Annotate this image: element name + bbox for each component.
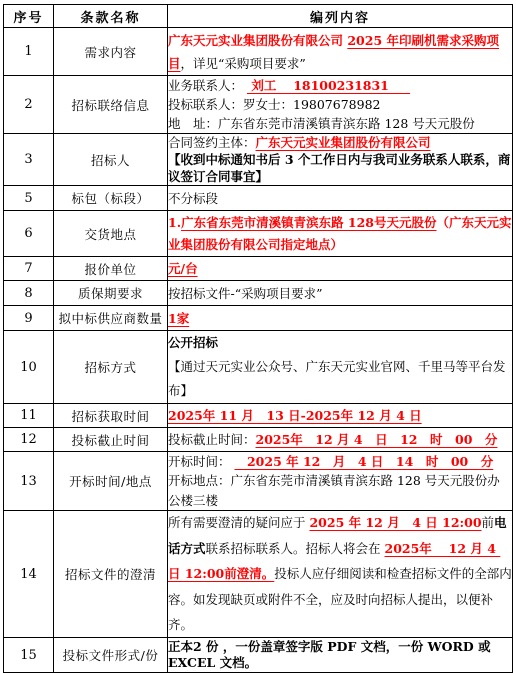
row-serial-number: 3	[4, 134, 54, 186]
clause-content: 公开招标【通过天元实业公众号、广东天元实业官网、千里马等平台发布】	[168, 331, 513, 404]
clause-content: 元/台	[168, 257, 513, 281]
paragraph: 开标地点：广东省东莞市清溪镇青滨东路 128 号天元股份办公楼三楼	[168, 471, 512, 509]
table-row: 6交货地点1.广东省东莞市清溪镇青滨东路 128号天元股份（广东天元实业集团股份…	[4, 211, 513, 257]
paragraph: 正本2 份 ，一份盖章签字版 PDF 文档，一份 WORD 或 EXCEL 文档…	[168, 639, 512, 671]
paragraph: 1家	[168, 309, 512, 328]
header-row: 序号 条款名称 编列内容	[4, 5, 513, 28]
text-segment: 不分标段	[168, 191, 218, 206]
clause-content: 业务联系人： 刘工 18100231831 投标联系人：罗女士：19807678…	[168, 76, 513, 134]
clause-content: 2025年 11 月 13 日-2025年 12 月 4 日	[168, 404, 513, 428]
paragraph: 【通过天元实业公众号、广东天元实业官网、千里马等平台发布】	[168, 355, 512, 402]
table-row: 10招标方式公开招标【通过天元实业公众号、广东天元实业官网、千里马等平台发布】	[4, 331, 513, 404]
row-serial-number: 10	[4, 331, 54, 404]
table-row: 15投标文件形式/份正本2 份 ，一份盖章签字版 PDF 文档，一份 WORD …	[4, 638, 513, 673]
header-serial-number: 序号	[4, 5, 54, 28]
table-row: 8质保期要求按招标文件-“采购项目要求”	[4, 281, 513, 306]
clause-content: 正本2 份 ，一份盖章签字版 PDF 文档，一份 WORD 或 EXCEL 文档…	[168, 638, 513, 673]
clause-name: 报价单位	[54, 257, 168, 281]
paragraph: 1.广东省东莞市清溪镇青滨东路 128号天元股份（广东天元实业集团股份有限公司指…	[168, 212, 512, 255]
row-serial-number: 6	[4, 211, 54, 257]
paragraph: 公开招标	[168, 332, 512, 355]
paragraph: 按招标文件-“采购项目要求”	[168, 284, 512, 303]
paragraph: 地 址：广东省东莞市清溪镇青滨东路 128 号天元股份	[168, 114, 512, 132]
row-serial-number: 9	[4, 306, 54, 331]
text-segment: 2025年 11 月 13 日-2025年 12 月 4 日	[168, 408, 422, 423]
text-segment: 业务联系人：	[168, 78, 247, 93]
paragraph: 合同签约主体：广东天元实业集团股份有限公司	[168, 135, 512, 151]
text-segment: ，详见“采购项目要求”	[181, 56, 306, 71]
clause-name: 拟中标供应商数量	[54, 306, 168, 331]
clause-content-text: 按招标文件-“采购项目要求”	[168, 284, 512, 303]
row-serial-number: 1	[4, 28, 54, 76]
clause-name: 招标联络信息	[54, 76, 168, 134]
text-segment: 广东省东莞市清溪镇青滨东路 128号天元股份	[181, 215, 436, 230]
clause-name: 招标文件的澄清	[54, 511, 168, 638]
text-segment: 地 址：广东省东莞市清溪镇青滨东路 128 号天元股份	[168, 116, 475, 131]
clause-content: 不分标段	[168, 186, 513, 211]
clause-name: 质保期要求	[54, 281, 168, 306]
text-segment: 合同签约主体：	[168, 135, 256, 150]
text-segment: 前	[482, 515, 495, 530]
table-row: 13开标时间/地点开标时间： 2025 年 12 月 4 日 14 时 00 分…	[4, 452, 513, 511]
table-row: 1需求内容广东天元实业集团股份有限公司 2025 年印刷机需求采购项目，详见“采…	[4, 28, 513, 76]
text-segment: 按招标文件-“采购项目要求”	[168, 286, 323, 301]
paragraph: 业务联系人： 刘工 18100231831	[168, 77, 512, 95]
text-segment: 开标地点：广东省东莞市清溪镇青滨东路 128 号天元股份办公楼三楼	[168, 473, 500, 508]
clause-name: 标包（标段）	[54, 186, 168, 211]
clause-content-text: 1家	[168, 309, 512, 328]
table-row: 3招标人合同签约主体：广东天元实业集团股份有限公司【收到中标通知书后 3 个工作…	[4, 134, 513, 186]
clause-content-text: 合同签约主体：广东天元实业集团股份有限公司【收到中标通知书后 3 个工作日内与我…	[168, 135, 512, 184]
clause-content: 按招标文件-“采购项目要求”	[168, 281, 513, 306]
text-segment: 投标截止时间：	[168, 432, 256, 447]
table-row: 2招标联络信息业务联系人： 刘工 18100231831 投标联系人：罗女士：1…	[4, 76, 513, 134]
clause-content-text: 不分标段	[168, 189, 512, 208]
table-row: 14招标文件的澄清所有需要澄清的疑问应于 2025 年 12 月 4 日 12:…	[4, 511, 513, 638]
clause-name: 招标获取时间	[54, 404, 168, 428]
clause-content-text: 业务联系人： 刘工 18100231831 投标联系人：罗女士：19807678…	[168, 77, 512, 132]
paragraph: 不分标段	[168, 189, 512, 208]
header-clause-name: 条款名称	[54, 5, 168, 28]
table-row: 7报价单位元/台	[4, 257, 513, 281]
text-segment: 公开招标	[168, 335, 218, 350]
row-serial-number: 14	[4, 511, 54, 638]
paragraph: 开标时间： 2025 年 12 月 4 日 14 时 00 分	[168, 453, 512, 471]
bid-notice-table: 序号 条款名称 编列内容 1需求内容广东天元实业集团股份有限公司 2025 年印…	[3, 4, 513, 673]
paragraph: 元/台	[168, 259, 512, 278]
row-serial-number: 15	[4, 638, 54, 673]
clause-content: 1.广东省东莞市清溪镇青滨东路 128号天元股份（广东天元实业集团股份有限公司指…	[168, 211, 513, 257]
clause-name: 招标人	[54, 134, 168, 186]
clause-content-text: 1.广东省东莞市清溪镇青滨东路 128号天元股份（广东天元实业集团股份有限公司指…	[168, 212, 512, 255]
clause-content: 开标时间： 2025 年 12 月 4 日 14 时 00 分开标地点：广东省东…	[168, 452, 513, 511]
row-serial-number: 5	[4, 186, 54, 211]
table-row: 12投标截止时间投标截止时间：2025年 12 月 4 日 12 时 00 分	[4, 428, 513, 452]
clause-content-text: 所有需要澄清的疑问应于 2025 年 12 月 4 日 12:00前电话方式联系…	[168, 512, 512, 636]
text-segment: 开标时间：	[168, 454, 234, 469]
text-segment: 所有需要澄清的疑问应于	[168, 515, 309, 530]
text-segment: 2025 年 12 月 4 日 14 时 00 分	[234, 454, 493, 469]
clause-content: 1家	[168, 306, 513, 331]
clause-content-text: 投标截止时间：2025年 12 月 4 日 12 时 00 分	[168, 430, 512, 449]
clause-content: 投标截止时间：2025年 12 月 4 日 12 时 00 分	[168, 428, 513, 452]
paragraph: 【收到中标通知书后 3 个工作日内与我司业务联系人联系，商议签订合同事宜】	[168, 151, 512, 184]
text-segment: 1家	[168, 311, 189, 326]
text-segment: 2025年 12 月 4 日 12 时 00 分	[256, 432, 498, 447]
table-body: 1需求内容广东天元实业集团股份有限公司 2025 年印刷机需求采购项目，详见“采…	[4, 28, 513, 673]
row-serial-number: 7	[4, 257, 54, 281]
clause-name: 开标时间/地点	[54, 452, 168, 511]
row-serial-number: 13	[4, 452, 54, 511]
paragraph: 投标截止时间：2025年 12 月 4 日 12 时 00 分	[168, 430, 512, 449]
clause-name: 投标截止时间	[54, 428, 168, 452]
text-segment: 2025 年 12 月 4 日 12:00	[309, 515, 481, 530]
text-segment: 投标联系人：罗女士：19807678982	[168, 97, 380, 112]
table-row: 9拟中标供应商数量1家	[4, 306, 513, 331]
row-serial-number: 12	[4, 428, 54, 452]
clause-name: 交货地点	[54, 211, 168, 257]
text-segment: 正本2 份 ，一份盖章签字版 PDF 文档，一份 WORD 或 EXCEL 文档…	[168, 639, 495, 670]
text-segment: 联系招标联系人。招标人将会在	[206, 541, 385, 556]
clause-name: 投标文件形式/份	[54, 638, 168, 673]
text-segment: 元/台	[168, 261, 198, 276]
table-header: 序号 条款名称 编列内容	[4, 5, 513, 28]
clause-content-text: 元/台	[168, 259, 512, 278]
text-segment: 广东天元实业集团股份有限公司	[256, 135, 431, 150]
text-segment: 【通过天元实业公众号、广东天元实业官网、千里马等平台发布】	[168, 359, 506, 398]
clause-content: 合同签约主体：广东天元实业集团股份有限公司【收到中标通知书后 3 个工作日内与我…	[168, 134, 513, 186]
clause-content-text: 广东天元实业集团股份有限公司 2025 年印刷机需求采购项目，详见“采购项目要求…	[168, 29, 512, 74]
clause-name: 招标方式	[54, 331, 168, 404]
table-row: 5标包（标段）不分标段	[4, 186, 513, 211]
clause-content: 广东天元实业集团股份有限公司 2025 年印刷机需求采购项目，详见“采购项目要求…	[168, 28, 513, 76]
paragraph: 2025年 11 月 13 日-2025年 12 月 4 日	[168, 406, 512, 425]
row-serial-number: 11	[4, 404, 54, 428]
text-segment: 1.	[168, 215, 181, 230]
paragraph: 投标联系人：罗女士：19807678982	[168, 95, 512, 114]
row-serial-number: 8	[4, 281, 54, 306]
clause-content-text: 开标时间： 2025 年 12 月 4 日 14 时 00 分开标地点：广东省东…	[168, 453, 512, 509]
clause-content-text: 公开招标【通过天元实业公众号、广东天元实业官网、千里马等平台发布】	[168, 332, 512, 402]
table-row: 11招标获取时间2025年 11 月 13 日-2025年 12 月 4 日	[4, 404, 513, 428]
text-segment: 广东天元实业集团股份有限公司	[168, 33, 347, 48]
text-segment: 【收到中标通知书后 3 个工作日内与我司业务联系人联系，商议签订合同事宜】	[168, 152, 510, 184]
header-content: 编列内容	[168, 5, 513, 28]
paragraph: 广东天元实业集团股份有限公司 2025 年印刷机需求采购项目，详见“采购项目要求…	[168, 29, 512, 74]
clause-name: 需求内容	[54, 28, 168, 76]
text-segment: 刘工 18100231831	[247, 78, 410, 93]
clause-content-text: 正本2 份 ，一份盖章签字版 PDF 文档，一份 WORD 或 EXCEL 文档…	[168, 639, 512, 671]
row-serial-number: 2	[4, 76, 54, 134]
clause-content-text: 2025年 11 月 13 日-2025年 12 月 4 日	[168, 406, 512, 425]
paragraph: 所有需要澄清的疑问应于 2025 年 12 月 4 日 12:00前电话方式联系…	[168, 512, 512, 636]
clause-content: 所有需要澄清的疑问应于 2025 年 12 月 4 日 12:00前电话方式联系…	[168, 511, 513, 638]
